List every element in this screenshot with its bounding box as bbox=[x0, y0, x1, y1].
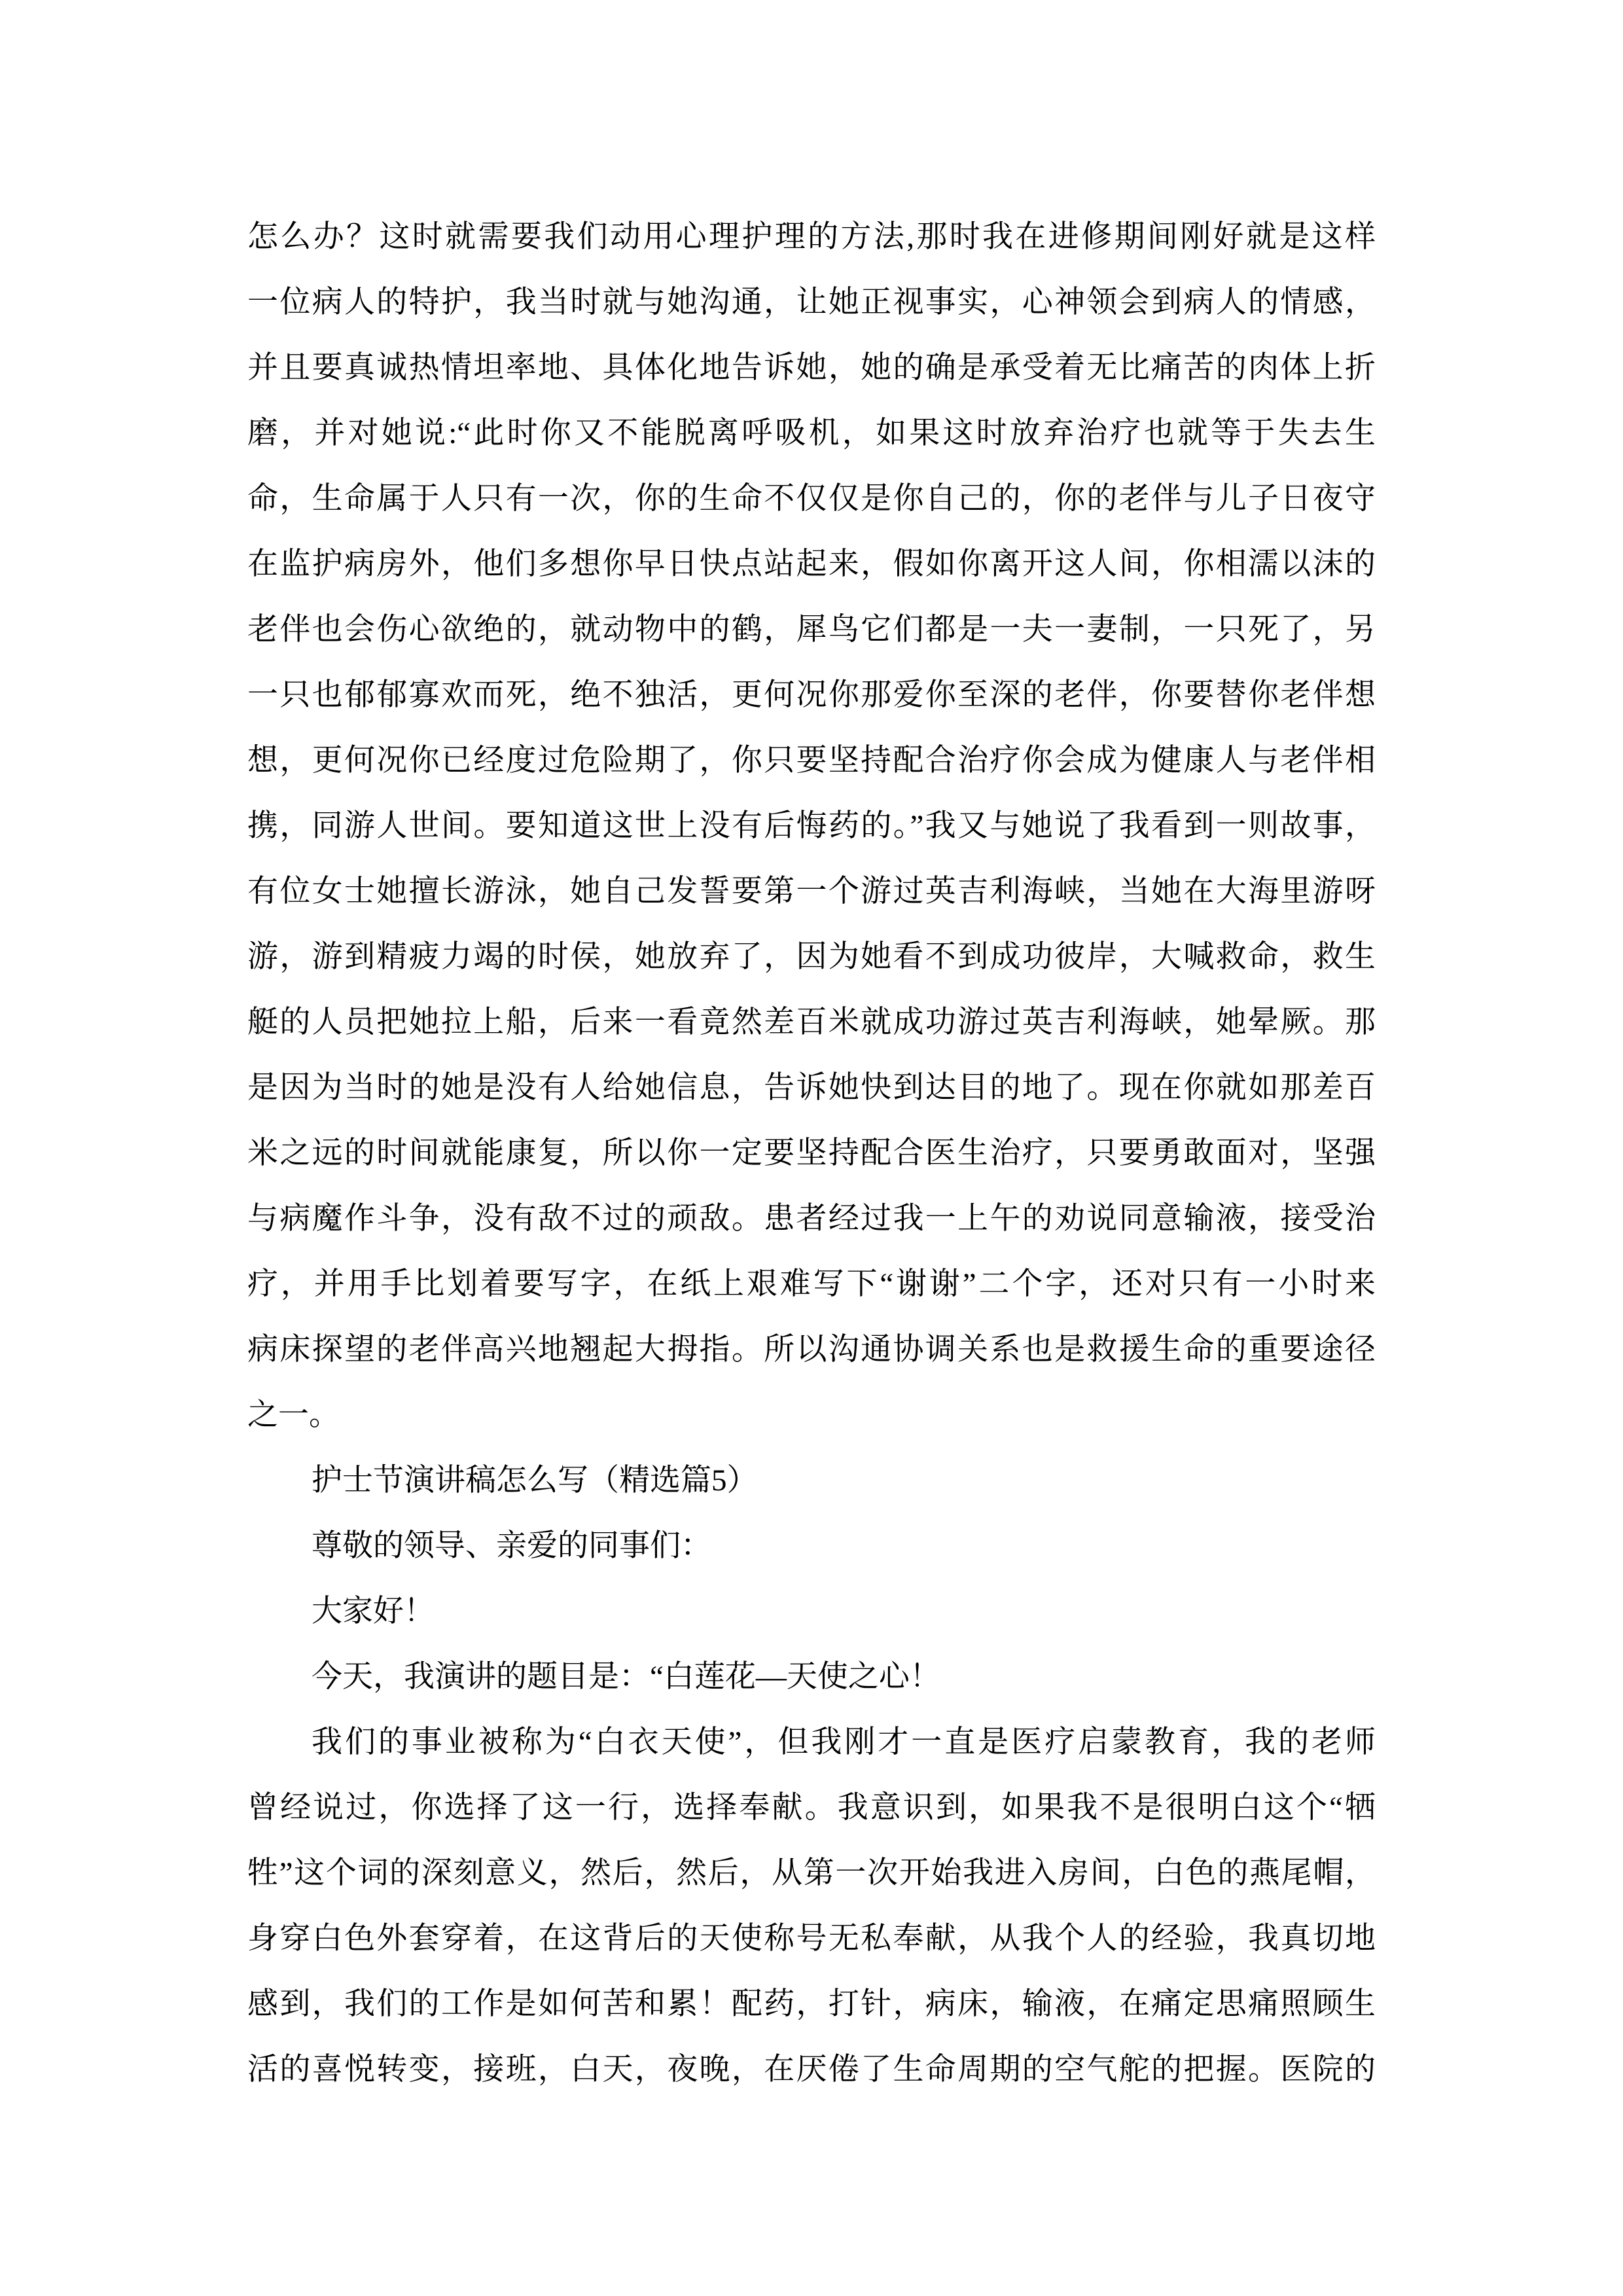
text-line: 米之远的时间就能康复，所以你一定要坚持配合医生治疗，只要勇敢面对，坚强 bbox=[247, 1121, 1376, 1186]
document-text-block: 怎么办？这时就需要我们动用心理护理的方法,那时我在进修期间刚好就是这样一位病人的… bbox=[247, 204, 1376, 2102]
text-line: 曾经说过，你选择了这一行，选择奉献。我意识到，如果我不是很明白这个“牺 bbox=[247, 1775, 1376, 1840]
text-line: 在监护病房外，他们多想你早日快点站起来，假如你离开这人间，你相濡以沫的 bbox=[247, 531, 1376, 597]
text-line: 感到，我们的工作是如何苦和累！配药，打针，病床，输液，在痛定思痛照顾生 bbox=[247, 1971, 1376, 2037]
text-line: 身穿白色外套穿着，在这背后的天使称号无私奉献，从我个人的经验，我真切地 bbox=[247, 1906, 1376, 1971]
text-line: 一位病人的特护，我当时就与她沟通，让她正视事实，心神领会到病人的情感， bbox=[247, 270, 1376, 335]
text-line: 疗，并用手比划着要写字，在纸上艰难写下“谢谢”二个字，还对只有一小时来 bbox=[247, 1251, 1376, 1317]
text-line: 命，生命属于人只有一次，你的生命不仅仅是你自己的，你的老伴与儿子日夜守 bbox=[247, 466, 1376, 531]
text-line: 游，游到精疲力竭的时侯，她放弃了，因为她看不到成功彼岸，大喊救命，救生 bbox=[247, 924, 1376, 990]
text-line: 并且要真诚热情坦率地、具体化地告诉她，她的确是承受着无比痛苦的肉体上折 bbox=[247, 335, 1376, 401]
text-line: 病床探望的老伴高兴地翘起大拇指。所以沟通协调关系也是救援生命的重要途径 bbox=[247, 1317, 1376, 1382]
text-line: 活的喜悦转变，接班，白天，夜晚，在厌倦了生命周期的空气舵的把握。医院的 bbox=[247, 2037, 1376, 2102]
text-line: 牲”这个词的深刻意义，然后，然后，从第一次开始我进入房间，白色的燕尾帽， bbox=[247, 1840, 1376, 1906]
text-line: 尊敬的领导、亲爱的同事们： bbox=[247, 1513, 1376, 1579]
text-line: 想，更何况你已经度过危险期了，你只要坚持配合治疗你会成为健康人与老伴相 bbox=[247, 728, 1376, 793]
text-line: 艇的人员把她拉上船，后来一看竟然差百米就成功游过英吉利海峡，她晕厥。那 bbox=[247, 990, 1376, 1055]
text-line: 老伴也会伤心欲绝的，就动物中的鹤，犀鸟它们都是一夫一妻制，一只死了，另 bbox=[247, 597, 1376, 662]
text-line: 护士节演讲稿怎么写（精选篇5） bbox=[247, 1448, 1376, 1513]
text-line: 之一。 bbox=[247, 1382, 1376, 1448]
text-line: 怎么办？这时就需要我们动用心理护理的方法,那时我在进修期间刚好就是这样 bbox=[247, 204, 1376, 270]
text-line: 一只也郁郁寡欢而死，绝不独活，更何况你那爱你至深的老伴，你要替你老伴想 bbox=[247, 662, 1376, 728]
text-line: 携，同游人世间。要知道这世上没有后悔药的。”我又与她说了我看到一则故事， bbox=[247, 793, 1376, 859]
text-line: 有位女士她擅长游泳，她自己发誓要第一个游过英吉利海峡，当她在大海里游呀 bbox=[247, 859, 1376, 924]
text-line: 磨，并对她说:“此时你又不能脱离呼吸机，如果这时放弃治疗也就等于失去生 bbox=[247, 401, 1376, 466]
text-line: 我们的事业被称为“白衣天使”，但我刚才一直是医疗启蒙教育，我的老师 bbox=[247, 1710, 1376, 1775]
text-line: 与病魔作斗争，没有敌不过的顽敌。患者经过我一上午的劝说同意输液，接受治 bbox=[247, 1186, 1376, 1251]
text-line: 今天，我演讲的题目是：“白莲花—天使之心！ bbox=[247, 1644, 1376, 1710]
text-line: 是因为当时的她是没有人给她信息，告诉她快到达目的地了。现在你就如那差百 bbox=[247, 1055, 1376, 1121]
document-page: 怎么办？这时就需要我们动用心理护理的方法,那时我在进修期间刚好就是这样一位病人的… bbox=[0, 0, 1623, 2296]
text-line: 大家好！ bbox=[247, 1579, 1376, 1644]
